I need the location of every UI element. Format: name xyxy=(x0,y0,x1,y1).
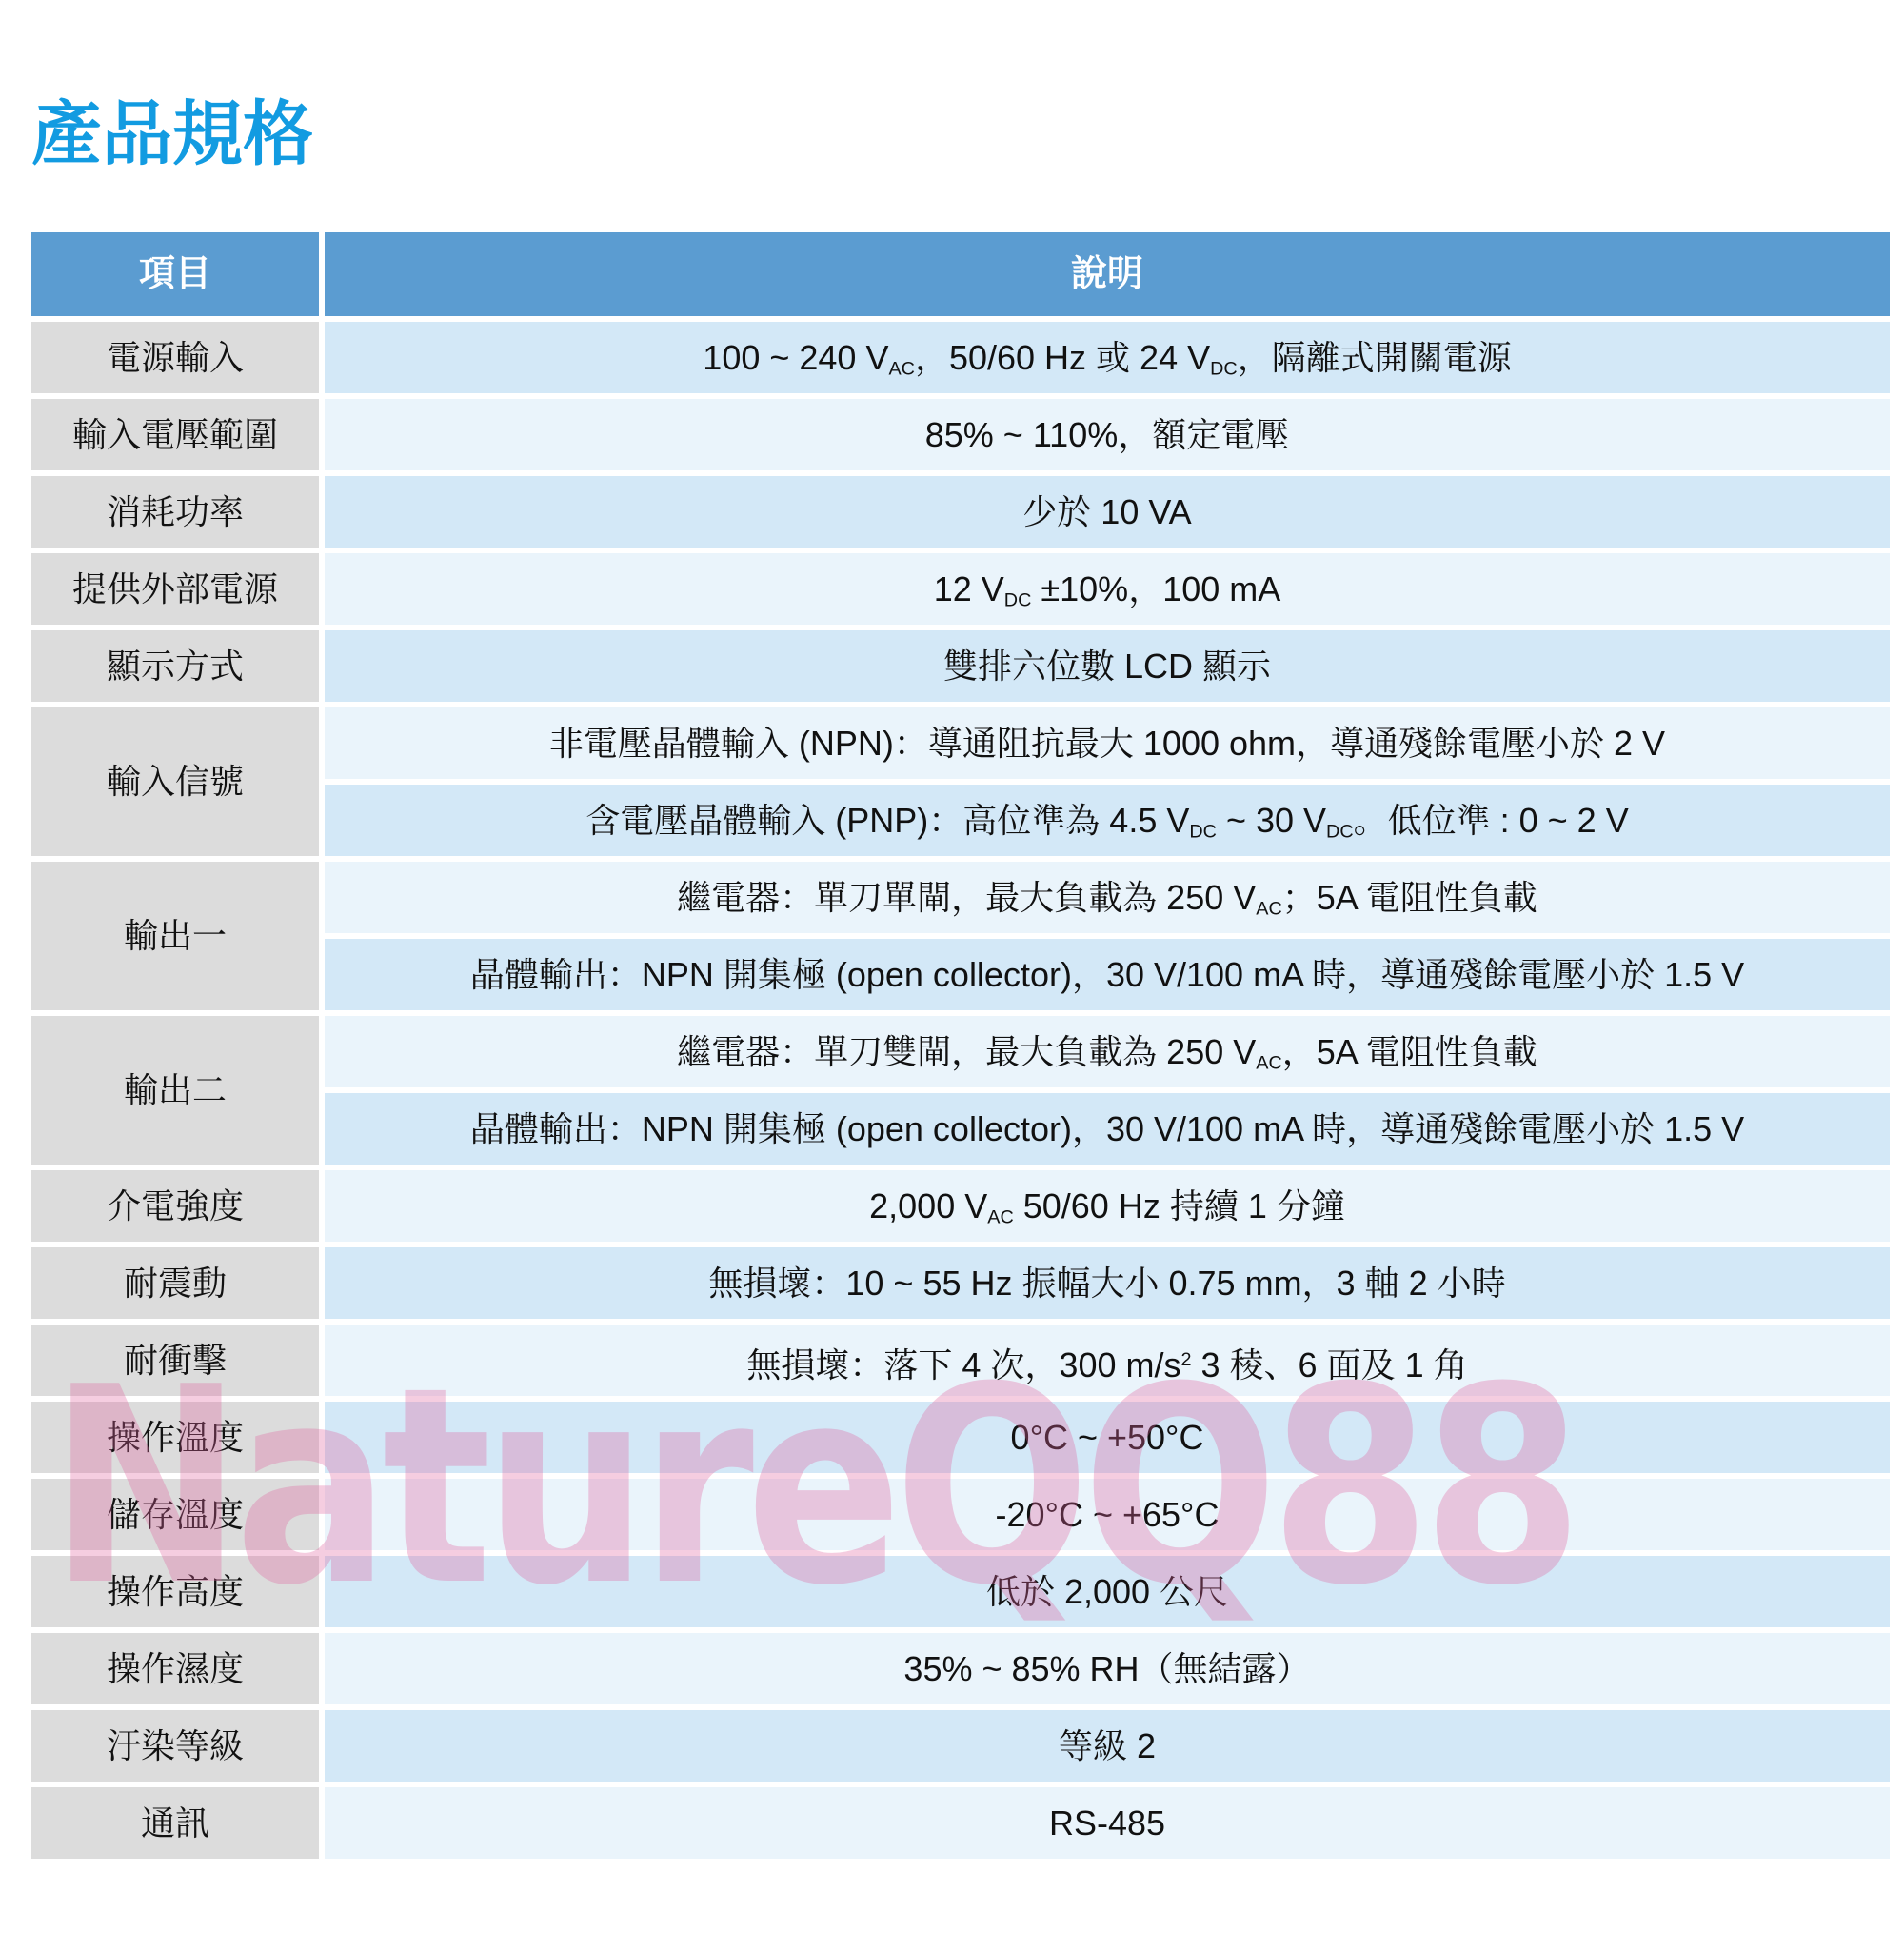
value-communication: RS-485 xyxy=(325,1787,1890,1859)
label-pollution-degree: 汙染等級 xyxy=(31,1710,319,1782)
label-operating-altitude: 操作高度 xyxy=(31,1556,319,1627)
value-dielectric-strength: 2,000 VAC 50/60 Hz 持續 1 分鐘 xyxy=(325,1170,1890,1242)
label-power-input: 電源輸入 xyxy=(31,322,319,393)
spec-table: 項目 說明 電源輸入 100 ~ 240 VAC，50/60 Hz 或 24 V… xyxy=(31,232,1890,1859)
label-input-signal: 輸入信號 xyxy=(31,707,319,856)
value-pollution-degree: 等級 2 xyxy=(325,1710,1890,1782)
label-vibration-resistance: 耐震動 xyxy=(31,1247,319,1319)
value-output-2-relay: 繼電器：單刀雙閘，最大負載為 250 VAC，5A 電阻性負載 xyxy=(325,1016,1890,1087)
value-output-1-relay: 繼電器：單刀單閘，最大負載為 250 VAC；5A 電阻性負載 xyxy=(325,862,1890,933)
value-display-type: 雙排六位數 LCD 顯示 xyxy=(325,630,1890,702)
value-operating-altitude: 低於 2,000 公尺 xyxy=(325,1556,1890,1627)
label-communication: 通訊 xyxy=(31,1787,319,1859)
page-title: 產品規格 xyxy=(31,95,313,172)
label-storage-temperature: 儲存溫度 xyxy=(31,1479,319,1550)
label-operating-humidity: 操作濕度 xyxy=(31,1633,319,1704)
label-dielectric-strength: 介電強度 xyxy=(31,1170,319,1242)
value-storage-temperature: -20°C ~ +65°C xyxy=(325,1479,1890,1550)
value-input-signal-pnp: 含電壓晶體輸入 (PNP)：高位準為 4.5 VDC ~ 30 VDC。低位準 … xyxy=(325,785,1890,856)
value-input-voltage-range: 85% ~ 110%，額定電壓 xyxy=(325,399,1890,470)
label-external-power-supply: 提供外部電源 xyxy=(31,553,319,625)
table-header-item: 項目 xyxy=(31,232,319,316)
label-display-type: 顯示方式 xyxy=(31,630,319,702)
label-shock-resistance: 耐衝擊 xyxy=(31,1325,319,1396)
label-output-1: 輸出一 xyxy=(31,862,319,1010)
value-power-consumption: 少於 10 VA xyxy=(325,476,1890,548)
table-header-description: 說明 xyxy=(325,232,1890,316)
label-power-consumption: 消耗功率 xyxy=(31,476,319,548)
value-vibration-resistance: 無損壞：10 ~ 55 Hz 振幅大小 0.75 mm，3 軸 2 小時 xyxy=(325,1247,1890,1319)
value-shock-resistance: 無損壞：落下 4 次，300 m/s2 3 稜、6 面及 1 角 xyxy=(325,1325,1890,1396)
value-output-1-transistor: 晶體輸出：NPN 開集極 (open collector)，30 V/100 m… xyxy=(325,939,1890,1010)
value-external-power-supply: 12 VDC ±10%，100 mA xyxy=(325,553,1890,625)
label-output-2: 輸出二 xyxy=(31,1016,319,1165)
value-power-input: 100 ~ 240 VAC，50/60 Hz 或 24 VDC，隔離式開關電源 xyxy=(325,322,1890,393)
label-input-voltage-range: 輸入電壓範圍 xyxy=(31,399,319,470)
value-input-signal-npn: 非電壓晶體輸入 (NPN)：導通阻抗最大 1000 ohm，導通殘餘電壓小於 2… xyxy=(325,707,1890,779)
label-operating-temperature: 操作溫度 xyxy=(31,1402,319,1473)
value-output-2-transistor: 晶體輸出：NPN 開集極 (open collector)，30 V/100 m… xyxy=(325,1093,1890,1165)
value-operating-humidity: 35% ~ 85% RH（無結露） xyxy=(325,1633,1890,1704)
value-operating-temperature: 0°C ~ +50°C xyxy=(325,1402,1890,1473)
